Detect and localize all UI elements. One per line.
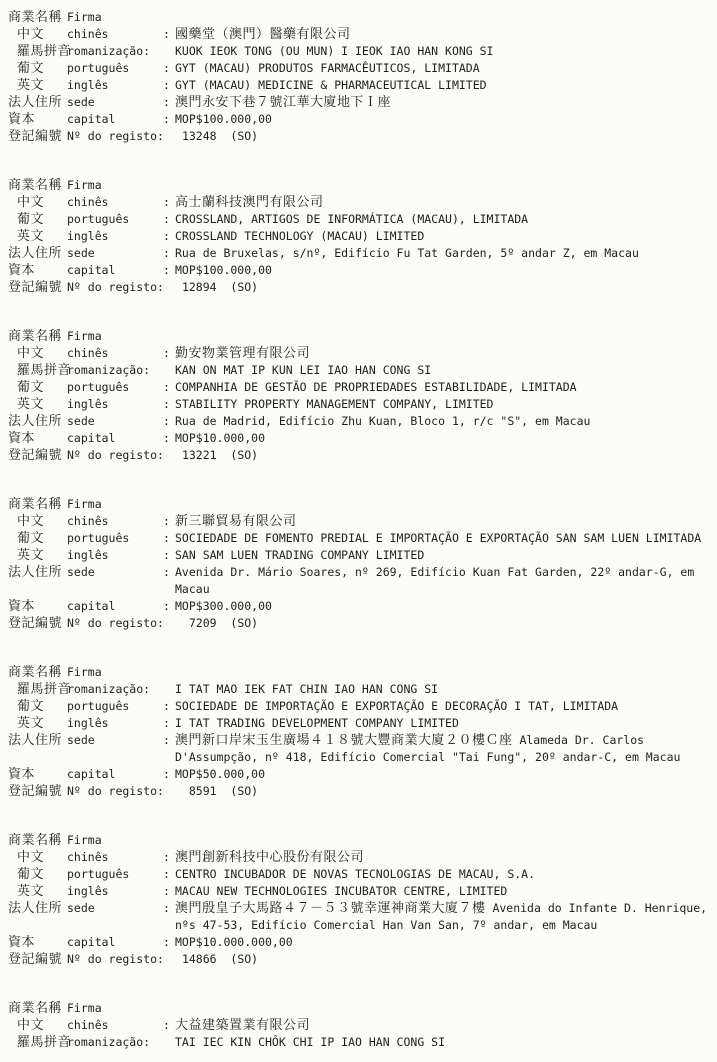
field-value: 高士蘭科技澳門有限公司 (175, 194, 715, 211)
label-portuguese: inglês (67, 547, 163, 564)
field-value: GYT (MACAU) PRODUTOS FARMACÊUTICOS, LIMI… (175, 60, 715, 77)
registry-row: 資本 capital : MOP$10.000.000,00 (8, 934, 715, 951)
field-value: CENTRO INCUBADOR DE NOVAS TECNOLOGIAS DE… (175, 866, 715, 883)
label-portuguese: sede (67, 94, 163, 111)
registry-row: 登記編號 Nº do registo: 13221 (SO) (8, 447, 715, 464)
registry-row: 登記編號 Nº do registo: 12894 (SO) (8, 279, 715, 296)
registry-row: 商業名稱 Firma (8, 1000, 715, 1017)
field-value: CROSSLAND TECHNOLOGY (MACAU) LIMITED (175, 228, 715, 245)
label-chinese: 法人住所 (8, 413, 67, 430)
registry-row: 葡文 português : SOCIEDADE DE IMPORTAÇÃO E… (8, 698, 715, 715)
field-value: KAN ON MAT IP KUN LEI IAO HAN CONG SI (175, 362, 715, 379)
label-chinese: 資本 (8, 598, 67, 615)
colon-separator: : (163, 732, 175, 749)
label-portuguese: Firma (67, 9, 163, 26)
field-value: 澳門創新科技中心股份有限公司 (175, 849, 715, 866)
registry-row: 中文 chinês : 大益建築置業有限公司 (8, 1017, 715, 1034)
field-value: MOP$300.000,00 (175, 598, 715, 615)
colon-separator: : (163, 564, 175, 581)
label-chinese: 葡文 (8, 379, 67, 396)
registry-row: 資本 capital : MOP$100.000,00 (8, 111, 715, 128)
field-value: MOP$10.000.000,00 (175, 934, 715, 951)
label-chinese: 中文 (8, 194, 67, 211)
registry-row: 法人住所 sede : 澳門永安下巷７號江華大廈地下Ｉ座 (8, 94, 715, 111)
label-chinese: 法人住所 (8, 900, 67, 917)
field-value: MOP$100.000,00 (175, 262, 715, 279)
label-portuguese: chinês (67, 194, 163, 211)
field-value: Rua de Bruxelas, s/nº, Edifício Fu Tat G… (175, 245, 715, 262)
label-chinese: 商業名稱 (8, 496, 67, 513)
label-chinese: 中文 (8, 513, 67, 530)
label-chinese: 登記編號 (8, 783, 67, 800)
label-portuguese: sede (67, 413, 163, 430)
field-value: I TAT TRADING DEVELOPMENT COMPANY LIMITE… (175, 715, 715, 732)
colon-separator: : (163, 228, 175, 245)
label-portuguese: chinês (67, 26, 163, 43)
field-value: SOCIEDADE DE FOMENTO PREDIAL E IMPORTAÇÃ… (175, 530, 715, 547)
registry-document-page: 商業名稱 Firma 中文 chinês : 國藥堂（澳門）醫藥有限公司 羅馬拼… (0, 0, 717, 1062)
registry-row: 法人住所 sede : Avenida Dr. Mário Soares, nº… (8, 564, 715, 598)
field-value: 大益建築置業有限公司 (175, 1017, 715, 1034)
label-portuguese: chinês (67, 849, 163, 866)
registry-row: 羅馬拼音 romanização: I TAT MAO IEK FAT CHIN… (8, 681, 715, 698)
registry-row: 羅馬拼音 romanização: KUOK IEOK TONG (OU MUN… (8, 43, 715, 60)
colon-separator: : (163, 866, 175, 883)
colon-separator: : (163, 547, 175, 564)
registry-row: 中文 chinês : 新三聯貿易有限公司 (8, 513, 715, 530)
colon-separator: : (163, 598, 175, 615)
label-portuguese: romanização: (67, 43, 163, 60)
label-chinese: 登記編號 (8, 128, 67, 145)
field-value: MACAU NEW TECHNOLOGIES INCUBATOR CENTRE,… (175, 883, 715, 900)
label-chinese: 商業名稱 (8, 832, 67, 849)
field-value: 13221 (SO) (175, 447, 715, 464)
label-portuguese: capital (67, 430, 163, 447)
registry-row: 商業名稱 Firma (8, 9, 715, 26)
label-chinese: 中文 (8, 849, 67, 866)
label-chinese: 商業名稱 (8, 328, 67, 345)
label-portuguese: capital (67, 934, 163, 951)
registry-row: 資本 capital : MOP$300.000,00 (8, 598, 715, 615)
label-chinese: 資本 (8, 111, 67, 128)
registry-row: 英文 inglês : SAN SAM LUEN TRADING COMPANY… (8, 547, 715, 564)
label-chinese: 中文 (8, 345, 67, 362)
label-portuguese: romanização: (67, 681, 163, 698)
colon-separator: : (163, 396, 175, 413)
label-portuguese: capital (67, 598, 163, 615)
registry-entry: 商業名稱 Firma 中文 chinês : 大益建築置業有限公司 羅馬拼音 r… (8, 1000, 715, 1051)
label-portuguese: Nº do registo: (67, 279, 163, 296)
field-value: 13248 (SO) (175, 128, 715, 145)
registry-row: 葡文 português : SOCIEDADE DE FOMENTO PRED… (8, 530, 715, 547)
registry-row: 資本 capital : MOP$10.000,00 (8, 430, 715, 447)
registry-row: 英文 inglês : I TAT TRADING DEVELOPMENT CO… (8, 715, 715, 732)
label-chinese: 英文 (8, 547, 67, 564)
label-chinese: 羅馬拼音 (8, 681, 67, 698)
label-portuguese: Nº do registo: (67, 783, 163, 800)
colon-separator: : (163, 379, 175, 396)
field-value: CROSSLAND, ARTIGOS DE INFORMÁTICA (MACAU… (175, 211, 715, 228)
label-chinese: 羅馬拼音 (8, 43, 67, 60)
label-portuguese: romanização: (67, 362, 163, 379)
registry-entries: 商業名稱 Firma 中文 chinês : 國藥堂（澳門）醫藥有限公司 羅馬拼… (8, 9, 715, 1051)
registry-row: 葡文 português : COMPANHIA DE GESTÃO DE PR… (8, 379, 715, 396)
label-portuguese: sede (67, 732, 163, 749)
label-chinese: 葡文 (8, 530, 67, 547)
label-portuguese: Firma (67, 832, 163, 849)
field-value: COMPANHIA DE GESTÃO DE PROPRIEDADES ESTA… (175, 379, 715, 396)
label-chinese: 法人住所 (8, 732, 67, 749)
label-portuguese: português (67, 698, 163, 715)
label-portuguese: capital (67, 766, 163, 783)
colon-separator: : (163, 715, 175, 732)
label-portuguese: Nº do registo: (67, 447, 163, 464)
label-chinese: 英文 (8, 883, 67, 900)
registry-row: 英文 inglês : GYT (MACAU) MEDICINE & PHARM… (8, 77, 715, 94)
label-chinese: 羅馬拼音 (8, 362, 67, 379)
field-value: 14866 (SO) (175, 951, 715, 968)
colon-separator: : (163, 60, 175, 77)
label-chinese: 葡文 (8, 60, 67, 77)
label-portuguese: capital (67, 262, 163, 279)
registry-row: 中文 chinês : 國藥堂（澳門）醫藥有限公司 (8, 26, 715, 43)
registry-row: 葡文 português : GYT (MACAU) PRODUTOS FARM… (8, 60, 715, 77)
registry-row: 中文 chinês : 澳門創新科技中心股份有限公司 (8, 849, 715, 866)
label-portuguese: chinês (67, 345, 163, 362)
registry-row: 商業名稱 Firma (8, 328, 715, 345)
label-chinese: 英文 (8, 77, 67, 94)
colon-separator: : (163, 766, 175, 783)
colon-separator: : (163, 430, 175, 447)
label-portuguese: português (67, 530, 163, 547)
registry-row: 葡文 português : CENTRO INCUBADOR DE NOVAS… (8, 866, 715, 883)
label-portuguese: inglês (67, 396, 163, 413)
label-chinese: 登記編號 (8, 447, 67, 464)
registry-row: 中文 chinês : 勤安物業管理有限公司 (8, 345, 715, 362)
field-value: 12894 (SO) (175, 279, 715, 296)
colon-separator: : (163, 900, 175, 917)
field-value: STABILITY PROPERTY MANAGEMENT COMPANY, L… (175, 396, 715, 413)
field-value: Avenida Dr. Mário Soares, nº 269, Edifíc… (175, 564, 715, 598)
registry-row: 中文 chinês : 高士蘭科技澳門有限公司 (8, 194, 715, 211)
label-chinese: 英文 (8, 715, 67, 732)
label-portuguese: inglês (67, 715, 163, 732)
label-portuguese: Nº do registo: (67, 615, 163, 632)
registry-row: 商業名稱 Firma (8, 496, 715, 513)
registry-row: 商業名稱 Firma (8, 832, 715, 849)
registry-row: 英文 inglês : STABILITY PROPERTY MANAGEMEN… (8, 396, 715, 413)
label-portuguese: inglês (67, 228, 163, 245)
colon-separator: : (163, 849, 175, 866)
colon-separator: : (163, 934, 175, 951)
field-value: 國藥堂（澳門）醫藥有限公司 (175, 26, 715, 43)
registry-row: 資本 capital : MOP$50.000,00 (8, 766, 715, 783)
registry-row: 資本 capital : MOP$100.000,00 (8, 262, 715, 279)
registry-row: 法人住所 sede : 澳門新口岸宋玉生廣場４１８號大豐商業大廈２０樓Ｃ座 Al… (8, 732, 715, 766)
label-portuguese: Firma (67, 496, 163, 513)
label-portuguese: sede (67, 245, 163, 262)
label-chinese: 中文 (8, 1017, 67, 1034)
colon-separator: : (163, 1017, 175, 1034)
label-chinese: 中文 (8, 26, 67, 43)
registry-entry: 商業名稱 Firma 中文 chinês : 新三聯貿易有限公司 葡文 port… (8, 496, 715, 632)
label-chinese: 資本 (8, 934, 67, 951)
registry-row: 羅馬拼音 romanização: TAI IEC KIN CHÔK CHI I… (8, 1034, 715, 1051)
label-portuguese: Nº do registo: (67, 951, 163, 968)
field-value: KUOK IEOK TONG (OU MUN) I IEOK IAO HAN K… (175, 43, 715, 60)
registry-row: 登記編號 Nº do registo: 14866 (SO) (8, 951, 715, 968)
field-value: SAN SAM LUEN TRADING COMPANY LIMITED (175, 547, 715, 564)
field-value: 澳門新口岸宋玉生廣場４１８號大豐商業大廈２０樓Ｃ座 Alameda Dr. Ca… (175, 732, 715, 766)
registry-entry: 商業名稱 Firma 羅馬拼音 romanização: I TAT MAO I… (8, 664, 715, 800)
field-value: 澳門殷皇子大馬路４７－５３號幸運神商業大廈７樓 Avenida do Infan… (175, 900, 715, 934)
label-chinese: 法人住所 (8, 94, 67, 111)
colon-separator: : (163, 530, 175, 547)
colon-separator: : (163, 211, 175, 228)
registry-entry: 商業名稱 Firma 中文 chinês : 澳門創新科技中心股份有限公司 葡文… (8, 832, 715, 968)
registry-row: 英文 inglês : CROSSLAND TECHNOLOGY (MACAU)… (8, 228, 715, 245)
colon-separator: : (163, 111, 175, 128)
label-chinese: 登記編號 (8, 615, 67, 632)
label-portuguese: português (67, 379, 163, 396)
label-chinese: 葡文 (8, 698, 67, 715)
field-value: 澳門永安下巷７號江華大廈地下Ｉ座 (175, 94, 715, 111)
label-chinese: 商業名稱 (8, 1000, 67, 1017)
label-chinese: 資本 (8, 262, 67, 279)
label-portuguese: Nº do registo: (67, 128, 163, 145)
label-chinese: 葡文 (8, 211, 67, 228)
colon-separator: : (163, 883, 175, 900)
colon-separator: : (163, 345, 175, 362)
registry-row: 葡文 português : CROSSLAND, ARTIGOS DE INF… (8, 211, 715, 228)
registry-entry: 商業名稱 Firma 中文 chinês : 國藥堂（澳門）醫藥有限公司 羅馬拼… (8, 9, 715, 145)
registry-row: 登記編號 Nº do registo: 8591 (SO) (8, 783, 715, 800)
label-chinese: 商業名稱 (8, 9, 67, 26)
label-portuguese: português (67, 211, 163, 228)
label-portuguese: Firma (67, 1000, 163, 1017)
registry-row: 登記編號 Nº do registo: 7209 (SO) (8, 615, 715, 632)
label-portuguese: Firma (67, 328, 163, 345)
label-chinese: 資本 (8, 766, 67, 783)
colon-separator: : (163, 245, 175, 262)
colon-separator: : (163, 698, 175, 715)
field-value: 勤安物業管理有限公司 (175, 345, 715, 362)
label-portuguese: português (67, 866, 163, 883)
field-value: SOCIEDADE DE IMPORTAÇÃO E EXPORTAÇÃO E D… (175, 698, 715, 715)
field-value: MOP$50.000,00 (175, 766, 715, 783)
label-chinese: 商業名稱 (8, 177, 67, 194)
registry-row: 法人住所 sede : Rua de Madrid, Edifício Zhu … (8, 413, 715, 430)
label-portuguese: Firma (67, 177, 163, 194)
label-chinese: 法人住所 (8, 245, 67, 262)
colon-separator: : (163, 194, 175, 211)
label-chinese: 登記編號 (8, 951, 67, 968)
colon-separator: : (163, 77, 175, 94)
registry-row: 登記編號 Nº do registo: 13248 (SO) (8, 128, 715, 145)
registry-row: 法人住所 sede : 澳門殷皇子大馬路４７－５３號幸運神商業大廈７樓 Aven… (8, 900, 715, 934)
label-chinese: 登記編號 (8, 279, 67, 296)
label-chinese: 英文 (8, 396, 67, 413)
label-chinese: 法人住所 (8, 564, 67, 581)
field-value: I TAT MAO IEK FAT CHIN IAO HAN CONG SI (175, 681, 715, 698)
label-portuguese: romanização: (67, 1034, 163, 1051)
field-value: MOP$100.000,00 (175, 111, 715, 128)
colon-separator: : (163, 26, 175, 43)
label-portuguese: sede (67, 900, 163, 917)
label-portuguese: português (67, 60, 163, 77)
label-portuguese: Firma (67, 664, 163, 681)
registry-row: 商業名稱 Firma (8, 177, 715, 194)
registry-entry: 商業名稱 Firma 中文 chinês : 高士蘭科技澳門有限公司 葡文 po… (8, 177, 715, 296)
label-chinese: 英文 (8, 228, 67, 245)
label-portuguese: inglês (67, 77, 163, 94)
colon-separator: : (163, 513, 175, 530)
field-value: 8591 (SO) (175, 783, 715, 800)
label-portuguese: chinês (67, 513, 163, 530)
colon-separator: : (163, 94, 175, 111)
field-value: 7209 (SO) (175, 615, 715, 632)
label-portuguese: capital (67, 111, 163, 128)
registry-row: 商業名稱 Firma (8, 664, 715, 681)
registry-row: 羅馬拼音 romanização: KAN ON MAT IP KUN LEI … (8, 362, 715, 379)
label-chinese: 羅馬拼音 (8, 1034, 67, 1051)
field-value: GYT (MACAU) MEDICINE & PHARMACEUTICAL LI… (175, 77, 715, 94)
registry-row: 英文 inglês : MACAU NEW TECHNOLOGIES INCUB… (8, 883, 715, 900)
field-value: 新三聯貿易有限公司 (175, 513, 715, 530)
label-portuguese: chinês (67, 1017, 163, 1034)
label-chinese: 商業名稱 (8, 664, 67, 681)
label-portuguese: inglês (67, 883, 163, 900)
field-value: MOP$10.000,00 (175, 430, 715, 447)
label-chinese: 資本 (8, 430, 67, 447)
registry-row: 法人住所 sede : Rua de Bruxelas, s/nº, Edifí… (8, 245, 715, 262)
field-value: Rua de Madrid, Edifício Zhu Kuan, Bloco … (175, 413, 715, 430)
field-value: TAI IEC KIN CHÔK CHI IP IAO HAN CONG SI (175, 1034, 715, 1051)
colon-separator: : (163, 413, 175, 430)
colon-separator: : (163, 262, 175, 279)
label-chinese: 葡文 (8, 866, 67, 883)
label-portuguese: sede (67, 564, 163, 581)
registry-entry: 商業名稱 Firma 中文 chinês : 勤安物業管理有限公司 羅馬拼音 r… (8, 328, 715, 464)
